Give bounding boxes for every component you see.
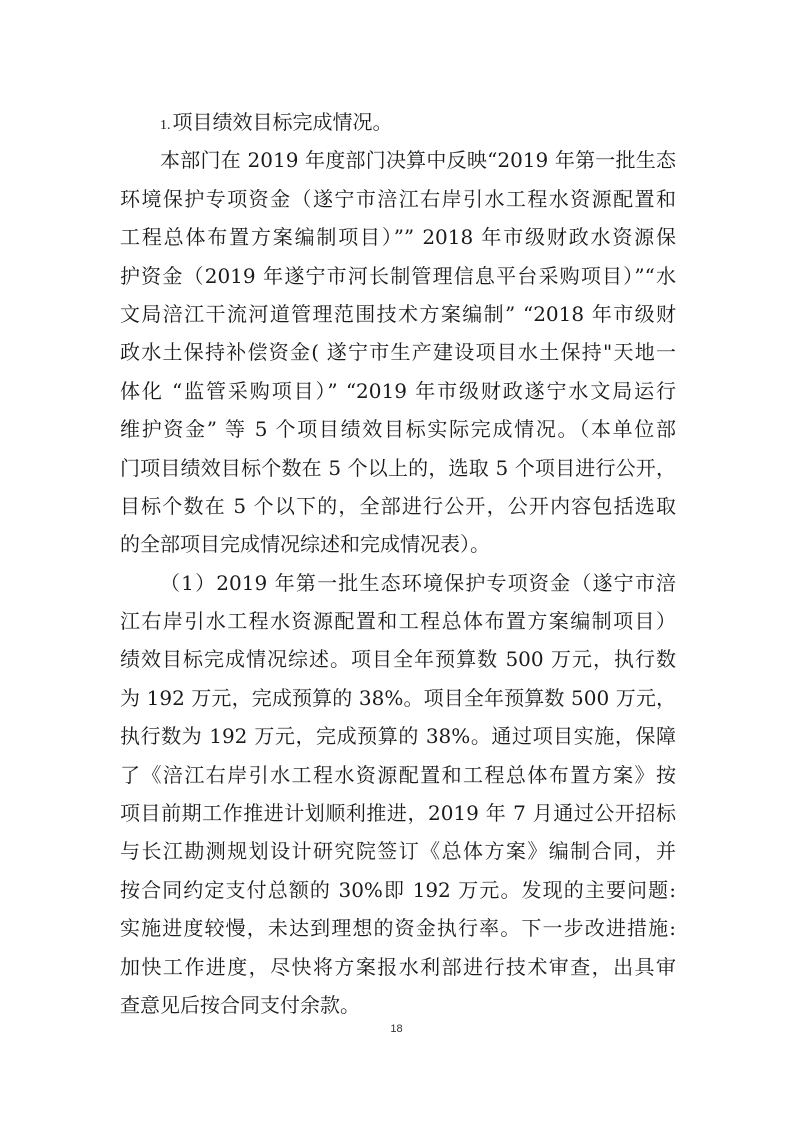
paragraph-project-1: （1）2019 年第一批生态环境保护专项资金（遂宁市涪 江右岸引水工程水资源配置… bbox=[120, 564, 676, 1025]
paragraph-line: 绩效目标完成情况综述。项目全年预算数 500 万元，执行数 bbox=[120, 640, 676, 678]
paragraph-line: 项目前期工作推进计划顺利推进，2019 年 7 月通过公开招标 bbox=[120, 794, 676, 832]
document-page: 1.项目绩效目标完成情况。 本部门在 2019 年度部门决算中反映“2019 年… bbox=[0, 0, 793, 1122]
paragraph-line: 江右岸引水工程水资源配置和工程总体布置方案编制项目） bbox=[120, 602, 676, 640]
heading-text: 项目绩效目标完成情况。 bbox=[173, 110, 393, 134]
document-body: 1.项目绩效目标完成情况。 本部门在 2019 年度部门决算中反映“2019 年… bbox=[120, 103, 676, 1024]
paragraph-line: 门项目绩效目标个数在 5 个以上的，选取 5 个项目进行公开， bbox=[120, 449, 676, 487]
paragraph-line: 了《涪江右岸引水工程水资源配置和工程总体布置方案》按 bbox=[120, 756, 676, 794]
paragraph-line: 政水土保持补偿资金( 遂宁市生产建设项目水土保持"天地一 bbox=[120, 333, 676, 371]
paragraph-overview: 本部门在 2019 年度部门决算中反映“2019 年第一批生态 环境保护专项资金… bbox=[120, 141, 676, 563]
paragraph-line: 实施进度较慢，未达到理想的资金执行率。下一步改进措施: bbox=[120, 909, 676, 947]
paragraph-line: 的全部项目完成情况综述和完成情况表）。 bbox=[120, 525, 676, 563]
paragraph-line: 为 192 万元，完成预算的 38%。项目全年预算数 500 万元， bbox=[120, 679, 676, 717]
paragraph-line: 工程总体布置方案编制项目）”” 2018 年市级财政水资源保 bbox=[120, 218, 676, 256]
paragraph-line: 按合同约定支付总额的 30%即 192 万元。发现的主要问题: bbox=[120, 871, 676, 909]
paragraph-line: 执行数为 192 万元，完成预算的 38%。通过项目实施，保障 bbox=[120, 717, 676, 755]
paragraph-line: 目标个数在 5 个以下的，全部进行公开，公开内容包括选取 bbox=[120, 487, 676, 525]
page-number: 18 bbox=[0, 1023, 793, 1035]
paragraph-line: 体化 “监管采购项目）” “2019 年市级财政遂宁水文局运行 bbox=[120, 372, 676, 410]
paragraph-line: 维护资金” 等 5 个项目绩效目标实际完成情况。（本单位部 bbox=[120, 410, 676, 448]
paragraph-line: 本部门在 2019 年度部门决算中反映“2019 年第一批生态 bbox=[120, 141, 676, 179]
paragraph-line: 加快工作进度，尽快将方案报水利部进行技术审查，出具审 bbox=[120, 948, 676, 986]
paragraph-line: （1）2019 年第一批生态环境保护专项资金（遂宁市涪 bbox=[120, 564, 676, 602]
section-heading: 1.项目绩效目标完成情况。 bbox=[120, 103, 676, 141]
paragraph-line: 文局涪江干流河道管理范围技术方案编制” “2018 年市级财 bbox=[120, 295, 676, 333]
paragraph-line: 与长江勘测规划设计研究院签订《总体方案》编制合同，并 bbox=[120, 832, 676, 870]
paragraph-line: 查意见后按合同支付余款。 bbox=[120, 986, 676, 1024]
paragraph-line: 护资金（2019 年遂宁市河长制管理信息平台采购项目）”“水 bbox=[120, 257, 676, 295]
paragraph-line: 环境保护专项资金（遂宁市涪江右岸引水工程水资源配置和 bbox=[120, 180, 676, 218]
heading-number: 1. bbox=[160, 118, 171, 133]
